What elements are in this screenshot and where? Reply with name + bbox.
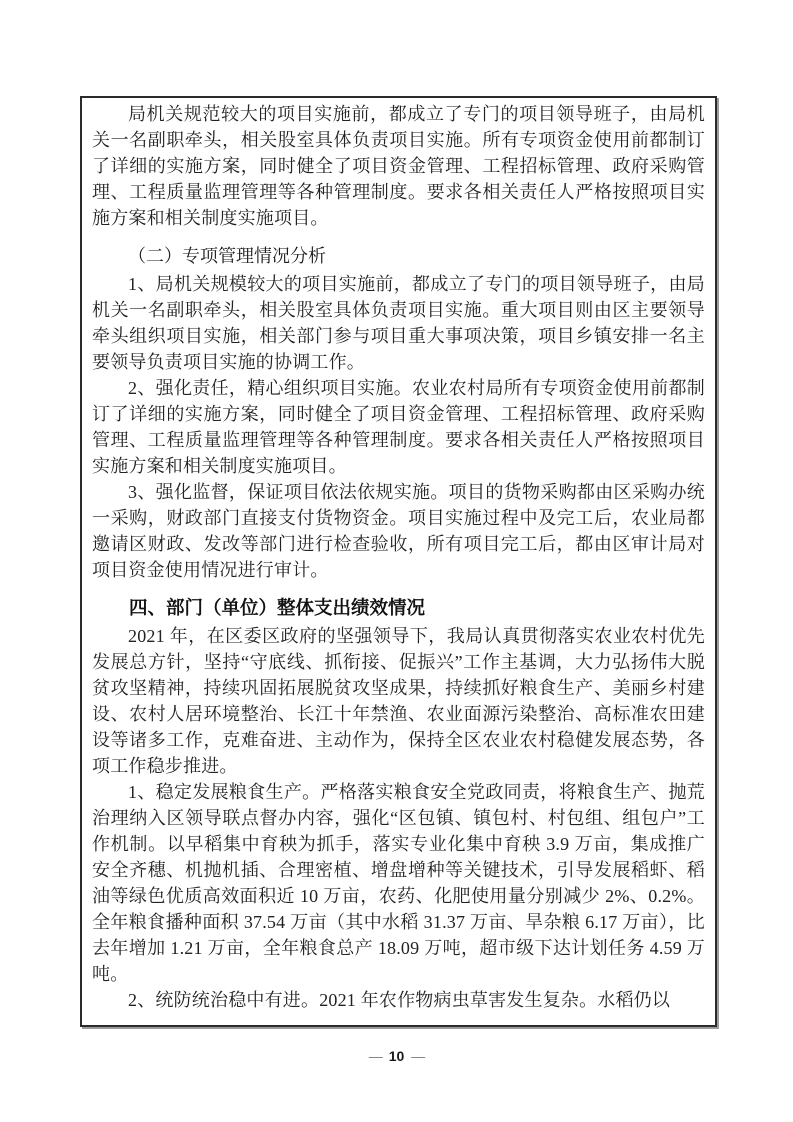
page-number: 10: [389, 1048, 405, 1064]
footer-right-dash: —: [411, 1048, 424, 1064]
chapter-heading-overall-expenditure-performance: 四、部门（单位）整体支出绩效情况: [92, 595, 705, 621]
document-page: 局机关规范较大的项目实施前，都成立了专门的项目领导班子，由局机关一名副职牵头，相…: [0, 0, 793, 1122]
paragraph-project-implementation: 局机关规范较大的项目实施前，都成立了专门的项目领导班子，由局机关一名副职牵头，相…: [92, 101, 705, 231]
paragraph-item-3-supervision: 3、强化监督，保证项目依法依规实施。项目的货物采购都由区采购办统一采购，财政部门…: [92, 479, 705, 583]
paragraph-item-1-leadership-group: 1、局机关规模较大的项目实施前，都成立了专门的项目领导班子，由局机关一名副职牵头…: [92, 271, 705, 375]
paragraph-item-2-pest-control: 2、统防统治稳中有进。2021 年农作物病虫草害发生复杂。水稻仍以: [92, 987, 705, 1013]
footer-left-dash: —: [369, 1048, 382, 1064]
paragraph-item-1-grain-production: 1、稳定发展粮食生产。严格落实粮食安全党政同责，将粮食生产、抛荒治理纳入区领导联…: [92, 779, 705, 987]
document-text-frame: 局机关规范较大的项目实施前，都成立了专门的项目领导班子，由局机关一名副职牵头，相…: [80, 96, 717, 1027]
paragraph-2021-overview: 2021 年，在区委区政府的坚强领导下，我局认真贯彻落实农业农村优先发展总方针，…: [92, 623, 705, 779]
page-footer: —10—: [0, 1046, 793, 1068]
paragraph-item-2-responsibility: 2、强化责任，精心组织项目实施。农业农村局所有专项资金使用前都制订了详细的实施方…: [92, 375, 705, 479]
section-heading-special-fund-management-analysis: （二）专项管理情况分析: [92, 243, 705, 269]
